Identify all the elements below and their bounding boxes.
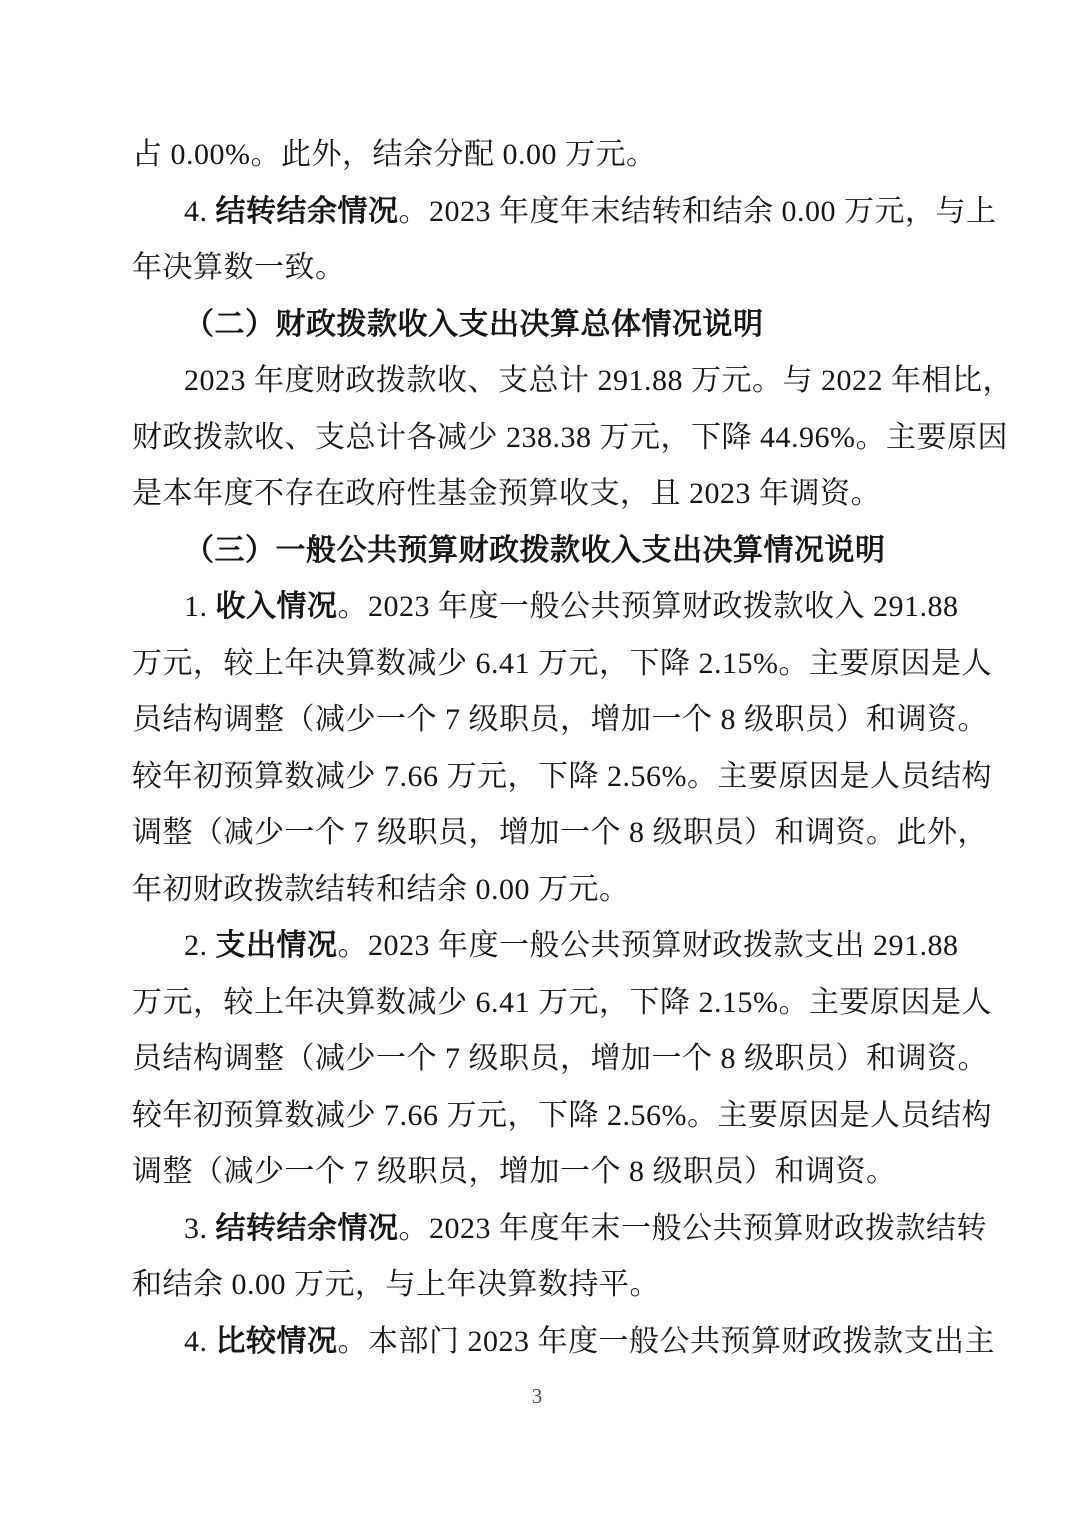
- line-text: 调整（减少一个 7 级职员，增加一个 8 级职员）和调资。: [132, 1155, 897, 1188]
- text-line: 3. 结转结余情况。2023 年度年末一般公共预算财政拨款结转: [132, 1201, 948, 1258]
- text-line: 2023 年度财政拨款收、支总计 291.88 万元。与 2022 年相比，: [132, 353, 948, 410]
- line-text: 万元，较上年决算数减少 6.41 万元，下降 2.15%。主要原因是人: [132, 986, 992, 1019]
- line-text: 员结构调整（减少一个 7 级职员，增加一个 8 级职员）和调资。: [132, 1042, 988, 1075]
- text-line: 年初财政拨款结转和结余 0.00 万元。: [132, 862, 948, 919]
- text-line: 占 0.00%。此外，结余分配 0.00 万元。: [132, 127, 948, 184]
- line-text: 。2023 年度年末一般公共预算财政拨款结转: [399, 1212, 988, 1245]
- text-line: 2. 支出情况。2023 年度一般公共预算财政拨款支出 291.88: [132, 918, 948, 975]
- text-line: 财政拨款收、支总计各减少 238.38 万元，下降 44.96%。主要原因: [132, 410, 948, 467]
- line-text: 是本年度不存在政府性基金预算收支，且 2023 年调资。: [132, 477, 881, 510]
- text-line: 1. 收入情况。2023 年度一般公共预算财政拨款收入 291.88: [132, 579, 948, 636]
- line-text: 占 0.00%。此外，结余分配 0.00 万元。: [132, 138, 657, 171]
- line-text: 年决算数一致。: [132, 251, 346, 284]
- text-line: 4. 比较情况。本部门 2023 年度一般公共预算财政拨款支出主: [132, 1314, 948, 1371]
- line-text: 较年初预算数减少 7.66 万元，下降 2.56%。主要原因是人员结构: [132, 1099, 992, 1132]
- text-line: 4. 结转结余情况。2023 年度年末结转和结余 0.00 万元，与上: [132, 184, 948, 241]
- text-line: 调整（减少一个 7 级职员，增加一个 8 级职员）和调资。此外，: [132, 805, 948, 862]
- text-line: 万元，较上年决算数减少 6.41 万元，下降 2.15%。主要原因是人: [132, 636, 948, 693]
- line-text: 2.: [184, 929, 216, 962]
- line-text: 4.: [184, 1325, 216, 1358]
- document-page: 占 0.00%。此外，结余分配 0.00 万元。 4. 结转结余情况。2023 …: [0, 0, 1074, 1520]
- line-text: 财政拨款收、支总计各减少 238.38 万元，下降 44.96%。主要原因: [132, 421, 1008, 454]
- section-heading: （二）财政拨款收入支出决算总体情况说明: [132, 297, 948, 354]
- line-text: 1.: [184, 590, 216, 623]
- line-emphasis: 收入情况: [216, 590, 338, 623]
- line-text: 4.: [184, 195, 216, 228]
- line-emphasis: 结转结余情况: [216, 1212, 399, 1245]
- line-text: 万元，较上年决算数减少 6.41 万元，下降 2.15%。主要原因是人: [132, 647, 992, 680]
- line-text: 。2023 年度年末结转和结余 0.00 万元，与上: [399, 195, 997, 228]
- text-line: 员结构调整（减少一个 7 级职员，增加一个 8 级职员）和调资。: [132, 692, 948, 749]
- text-line: 万元，较上年决算数减少 6.41 万元，下降 2.15%。主要原因是人: [132, 975, 948, 1032]
- line-text: 。2023 年度一般公共预算财政拨款收入 291.88: [338, 590, 959, 623]
- text-line: 和结余 0.00 万元，与上年决算数持平。: [132, 1257, 948, 1314]
- page-number: 3: [0, 1381, 1074, 1411]
- line-emphasis: 比较情况: [216, 1325, 338, 1358]
- heading-text: （三）一般公共预算财政拨款收入支出决算情况说明: [184, 534, 886, 567]
- line-text: 3.: [184, 1212, 216, 1245]
- line-text: 年初财政拨款结转和结余 0.00 万元。: [132, 873, 630, 906]
- line-text: 调整（减少一个 7 级职员，增加一个 8 级职员）和调资。此外，: [132, 816, 988, 849]
- line-text: 较年初预算数减少 7.66 万元，下降 2.56%。主要原因是人员结构: [132, 760, 992, 793]
- line-text: 员结构调整（减少一个 7 级职员，增加一个 8 级职员）和调资。: [132, 703, 988, 736]
- line-text: 和结余 0.00 万元，与上年决算数持平。: [132, 1268, 660, 1301]
- line-emphasis: 支出情况: [216, 929, 338, 962]
- line-emphasis: 结转结余情况: [216, 195, 399, 228]
- heading-text: （二）财政拨款收入支出决算总体情况说明: [184, 308, 764, 341]
- text-line: 年决算数一致。: [132, 240, 948, 297]
- document-body: 占 0.00%。此外，结余分配 0.00 万元。 4. 结转结余情况。2023 …: [132, 127, 948, 1370]
- text-line: 是本年度不存在政府性基金预算收支，且 2023 年调资。: [132, 466, 948, 523]
- text-line: 调整（减少一个 7 级职员，增加一个 8 级职员）和调资。: [132, 1144, 948, 1201]
- line-text: 。2023 年度一般公共预算财政拨款支出 291.88: [338, 929, 959, 962]
- text-line: 较年初预算数减少 7.66 万元，下降 2.56%。主要原因是人员结构: [132, 1088, 948, 1145]
- text-line: 较年初预算数减少 7.66 万元，下降 2.56%。主要原因是人员结构: [132, 749, 948, 806]
- line-text: 。本部门 2023 年度一般公共预算财政拨款支出主: [338, 1325, 996, 1358]
- text-line: 员结构调整（减少一个 7 级职员，增加一个 8 级职员）和调资。: [132, 1031, 948, 1088]
- line-text: 2023 年度财政拨款收、支总计 291.88 万元。与 2022 年相比，: [184, 364, 1013, 397]
- section-heading: （三）一般公共预算财政拨款收入支出决算情况说明: [132, 523, 948, 580]
